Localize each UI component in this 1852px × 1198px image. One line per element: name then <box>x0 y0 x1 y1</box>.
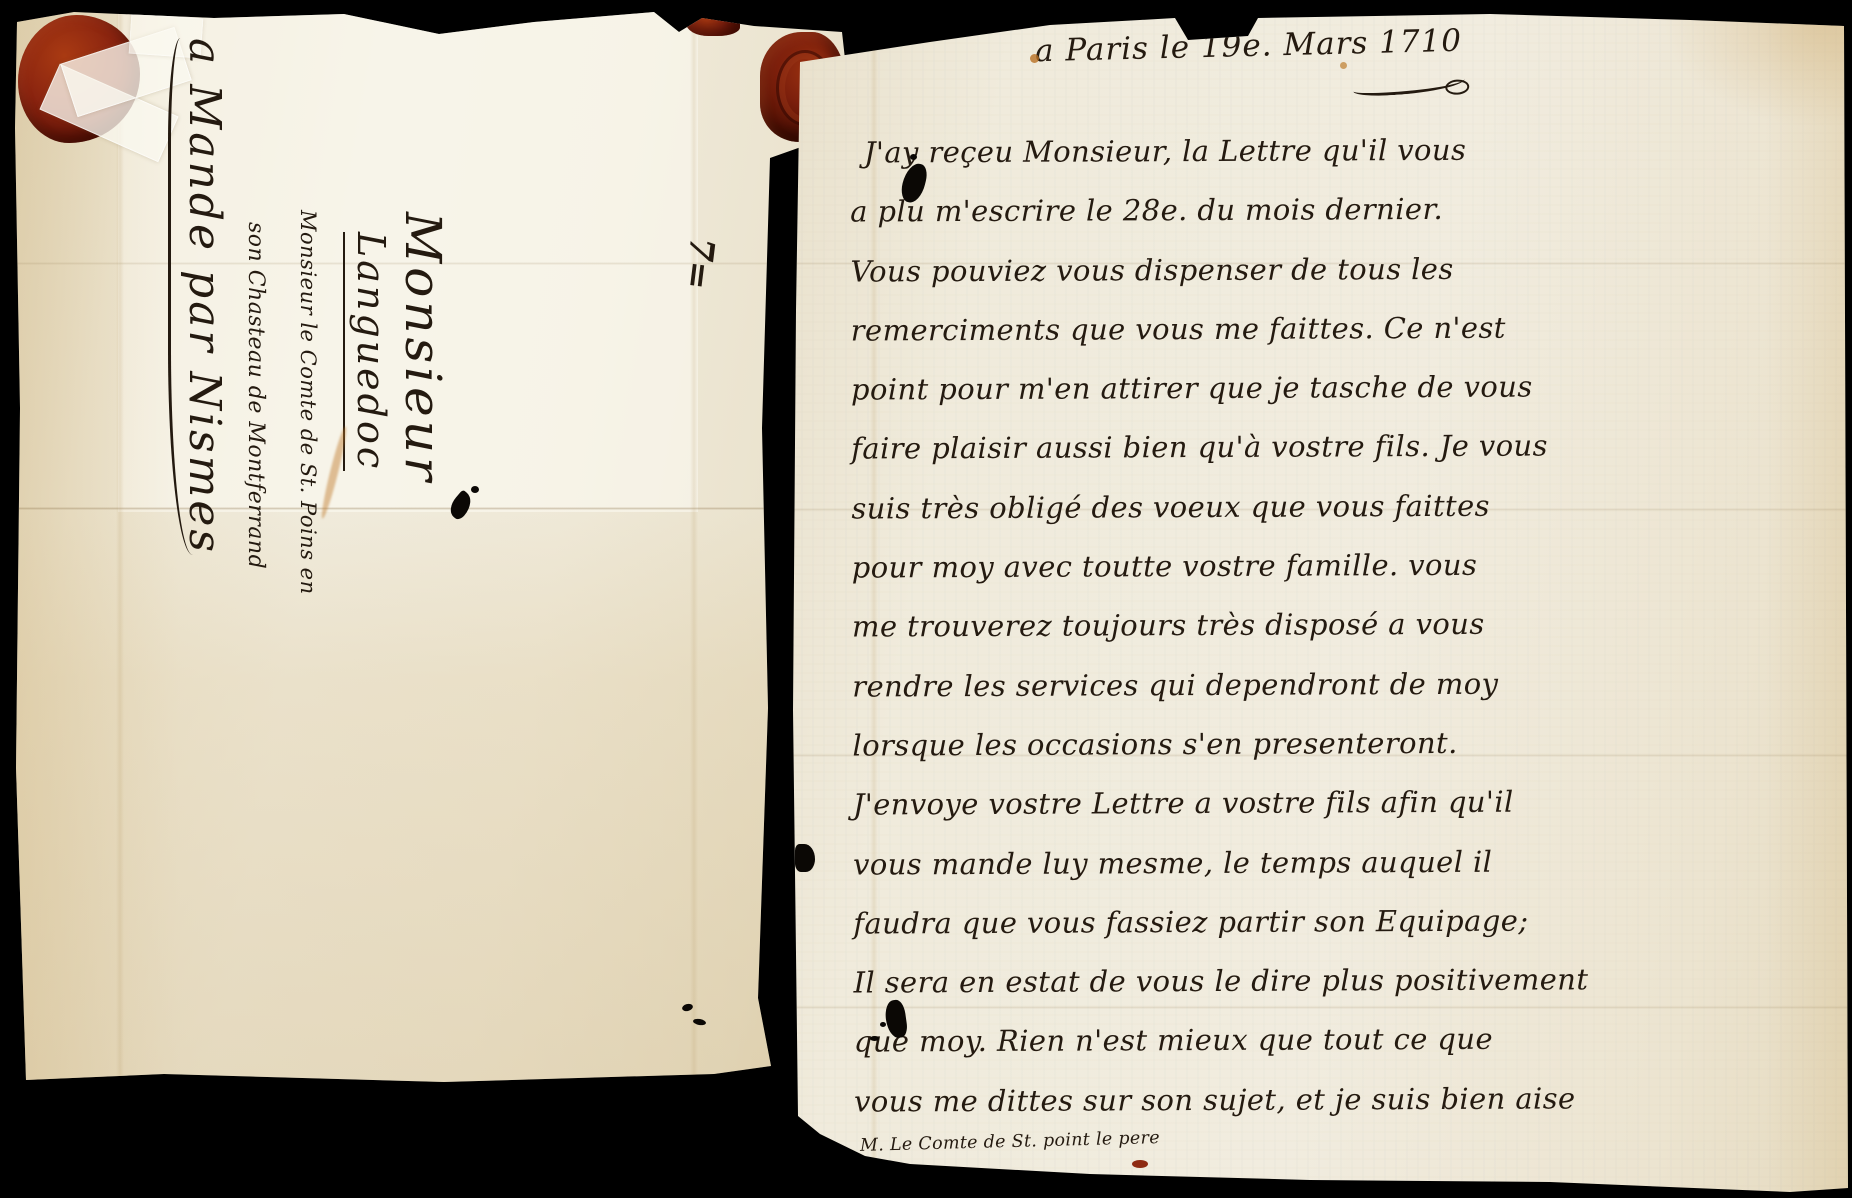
letter-line: remerciments que vous me faittes. Ce n'e… <box>851 298 1561 360</box>
letter-line: J'ay reçeu Monsieur, la Lettre qu'il vou… <box>850 120 1560 182</box>
ink-blot <box>880 1022 886 1027</box>
manuscript-photo: Monsieur Languedoc Monsieur le Comte de … <box>0 0 1852 1198</box>
letter-line: faudra que vous fassiez partir son Equip… <box>853 891 1563 953</box>
letter-line: pour moy avec toutte vostre famille. vou… <box>852 536 1562 598</box>
ink-stain <box>1340 62 1347 69</box>
address-line-1: Monsieur le Comte de St. Poins en <box>296 210 320 595</box>
address-line-3: a Mande par Nismes <box>168 38 230 555</box>
postal-rate-mark: 7= <box>676 235 722 292</box>
ink-blot <box>795 844 815 872</box>
ink-blot <box>471 486 479 493</box>
letter-line: lorsque les occasions s'en presenteront. <box>852 713 1562 775</box>
red-speck <box>1082 14 1089 20</box>
letter-line: vous mande luy mesme, le temps auquel il <box>853 832 1563 894</box>
fold-crease <box>14 507 850 510</box>
address-province: Languedoc <box>343 232 393 471</box>
letter-line: a plu m'escrire le 28e. du mois dernier. <box>850 180 1560 242</box>
letter-page: a Paris le 19e. Mars 1710 J'ay reçeu Mon… <box>790 10 1850 1196</box>
address-recipient-title: Monsieur <box>394 212 452 485</box>
address-line-2: son Chasteau de Montferrand <box>243 222 268 569</box>
letter-line: me trouverez toujours très disposé a vou… <box>852 595 1562 657</box>
letter-line: faire plaisir aussi bien qu'à vostre fil… <box>851 417 1561 479</box>
letter-line: que moy. Rien n'est mieux que tout ce qu… <box>854 1010 1564 1072</box>
letter-line: J'envoye vostre Lettre a vostre fils afi… <box>853 773 1563 835</box>
ink-blot <box>870 1036 879 1041</box>
address-page: Monsieur Languedoc Monsieur le Comte de … <box>14 8 850 1090</box>
wax-seal-fragment-icon <box>686 10 740 36</box>
letter-line: rendre les services qui dependront de mo… <box>852 654 1562 716</box>
ink-blot <box>910 154 917 160</box>
letter-body: J'ay reçeu Monsieur, la Lettre qu'il vou… <box>850 120 1564 1131</box>
red-speck <box>918 1168 958 1177</box>
red-speck <box>1132 1160 1148 1168</box>
ink-stain <box>1030 54 1039 63</box>
letter-line: vous me dittes sur son sujet, et je suis… <box>854 1069 1564 1131</box>
letter-line: Vous pouviez vous dispenser de tous les <box>850 239 1560 301</box>
letter-line: Il sera en estat de vous le dire plus po… <box>853 951 1563 1013</box>
letter-line: point pour m'en attirer que je tasche de… <box>851 358 1561 420</box>
fold-crease <box>690 8 698 1090</box>
fold-crease <box>116 8 124 1090</box>
paper-stain-wash <box>14 8 850 1090</box>
letter-line: suis très obligé des voeux que vous fait… <box>851 476 1561 538</box>
